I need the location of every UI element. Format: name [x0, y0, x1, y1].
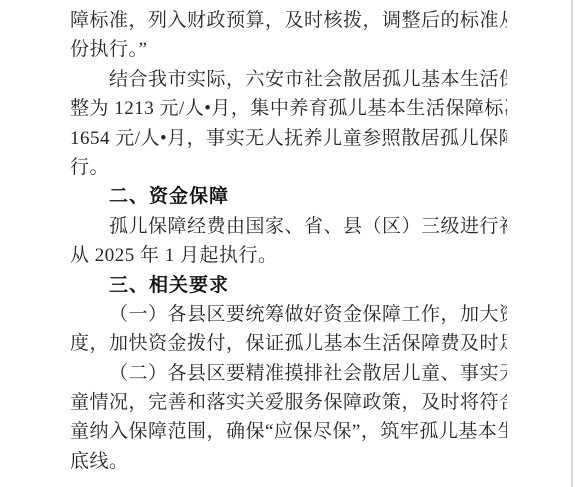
document-line: 1654 元/人•月，事实无人抚养儿童参照散居孤儿保障标准执 [70, 124, 507, 153]
document-line: 童纳入保障范围，确保“应保尽保”，筑牢孤儿基本生活保障 [70, 417, 507, 446]
document-text-column: 障标准，列入财政预算，及时核拨，调整后的标准从当年 1 月份执行。”结合我市实际… [70, 6, 507, 476]
section-heading: 二、资金保障 [70, 182, 507, 211]
document-line: 份执行。” [70, 35, 507, 64]
document-line: 障标准，列入财政预算，及时核拨，调整后的标准从当年 1 月 [70, 6, 507, 35]
document-page: 障标准，列入财政预算，及时核拨，调整后的标准从当年 1 月份执行。”结合我市实际… [0, 0, 576, 487]
section-heading: 三、相关要求 [70, 271, 507, 300]
page-edge-line [571, 0, 573, 487]
document-line: 结合我市实际，六安市社会散居孤儿基本生活保障标准调 [70, 65, 507, 94]
document-line: 底线。 [70, 447, 507, 476]
document-line: 度，加快资金拨付，保证孤儿基本生活保障费及时足额发放。 [70, 329, 507, 358]
document-line: 童情况，完善和落实关爱服务保障政策，及时将符合条件的儿 [70, 388, 507, 417]
document-line: 整为 1213 元/人•月，集中养育孤儿基本生活保障标准调整为 [70, 94, 507, 123]
document-line: 孤儿保障经费由国家、省、县（区）三级进行补助,新标准 [70, 212, 507, 241]
document-line: （一）各县区要统筹做好资金保障工作，加大资金筹集力 [70, 300, 507, 329]
document-line: （二）各县区要精准摸排社会散居儿童、事实无人抚养儿 [70, 359, 507, 388]
document-line: 从 2025 年 1 月起执行。 [70, 241, 507, 270]
document-line: 行。 [70, 153, 507, 182]
